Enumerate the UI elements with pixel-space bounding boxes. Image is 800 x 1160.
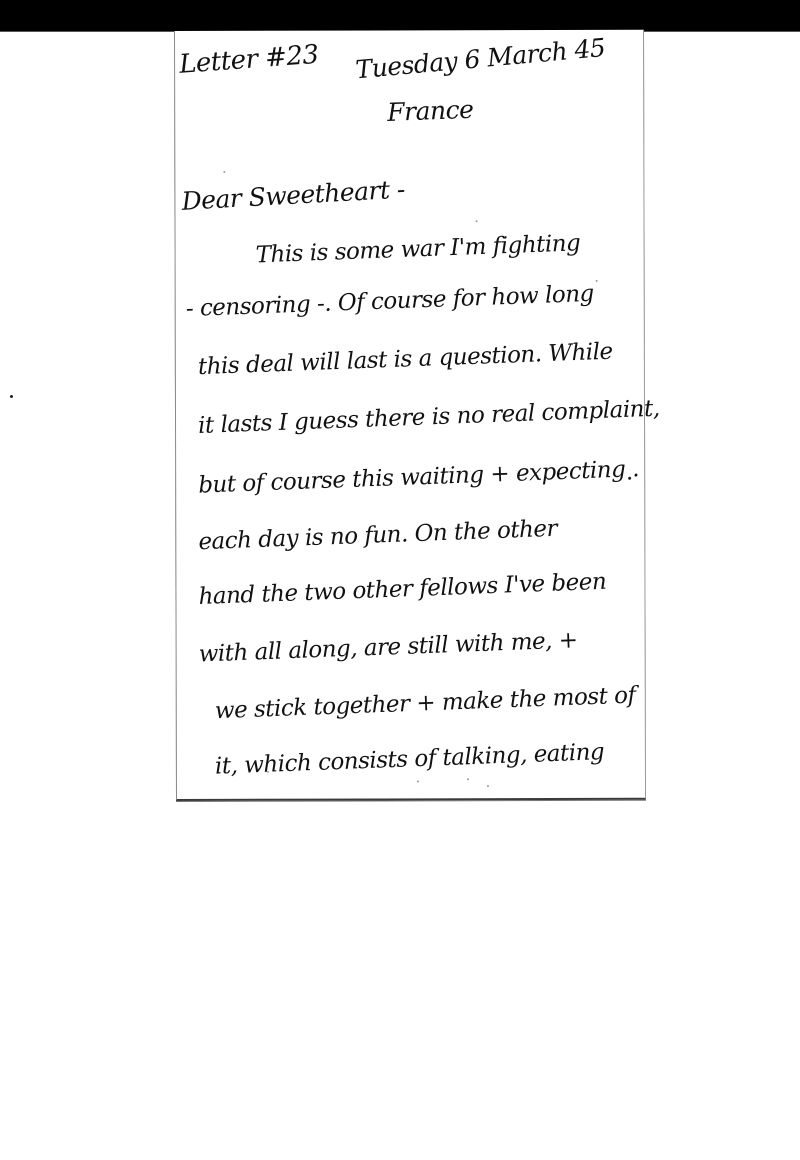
body-line: but of course this waiting + expecting . — [198, 456, 640, 499]
body-line: hand the two other fellows I've been — [198, 569, 607, 610]
paper-speck — [487, 785, 489, 787]
paper-speck — [267, 771, 269, 773]
body-line: it lasts I guess there is no real compla… — [198, 396, 660, 439]
body-line: we stick together + make the most of — [214, 682, 636, 724]
body-line: this deal will last is a question. While — [198, 339, 614, 381]
ink-dot — [628, 477, 631, 480]
letter-page: Letter #23 Tuesday 6 March 45 France Dea… — [174, 30, 646, 801]
letter-date: Tuesday 6 March 45 — [354, 33, 606, 84]
letter-number: Letter #23 — [178, 40, 319, 80]
paper-speck — [223, 171, 225, 173]
body-line: it, which consists of talking, eating — [215, 739, 605, 780]
body-line: with all along, are still with me, + — [198, 627, 578, 667]
paper-speck — [475, 220, 477, 222]
paper-speck — [417, 780, 419, 782]
stray-mark — [10, 395, 13, 398]
scanner-black-bar — [0, 0, 800, 32]
paper-speck — [596, 280, 598, 282]
body-line: This is some war I'm fighting — [255, 230, 580, 268]
body-line: each day is no fun. On the other — [198, 516, 557, 555]
paper-speck — [467, 778, 469, 780]
salutation: Dear Sweetheart - — [181, 175, 406, 216]
body-line: - censoring -. Of course for how long — [185, 281, 594, 322]
letter-location: France — [387, 95, 474, 127]
